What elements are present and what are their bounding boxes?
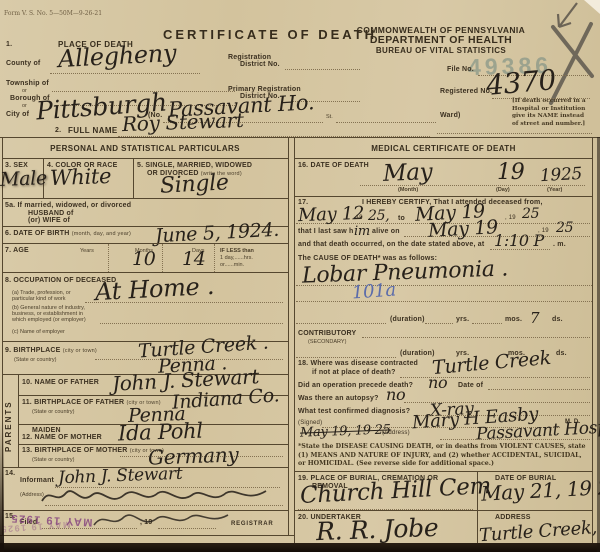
- township-label: Township of: [6, 80, 49, 88]
- violent-causes-footnote: *State the DISEASE CAUSING DEATH, or in …: [298, 443, 588, 469]
- parents-box-line: [18, 374, 19, 467]
- race-value: White: [50, 164, 112, 190]
- informant-no: 14.: [5, 470, 15, 478]
- sign-address-line: [440, 438, 590, 440]
- marital2-line3: (or) WIFE of: [28, 217, 70, 225]
- secondary-label: (SECONDARY): [308, 339, 346, 346]
- hospital-note: [If death occurred in a Hospital or Inst…: [512, 98, 592, 128]
- q18-line1: 18. Where was disease contracted: [298, 360, 418, 368]
- scan-edge-bottom: [0, 543, 600, 552]
- certify-from-year-value: 25,: [368, 208, 389, 224]
- birthplace-sub2: (State or country): [14, 357, 57, 364]
- mother-birthplace-sub2: (State or country): [32, 457, 75, 464]
- autopsy-value: no: [386, 385, 405, 404]
- father-label: 10. NAME OF FATHER: [22, 379, 99, 387]
- dod-month-label: (Month): [398, 187, 418, 194]
- q18-value: Turtle Creek: [431, 347, 551, 379]
- sign-date-value: May 19, 19 25: [300, 422, 391, 440]
- sign-address-label: (Address): [382, 430, 410, 437]
- alive-value: May 19: [427, 216, 498, 242]
- certify-to-label: to: [398, 215, 405, 223]
- scan-edge-left: [0, 420, 4, 552]
- page-corner: [584, 0, 600, 14]
- county-value: Allegheny: [57, 39, 177, 73]
- or-label-1: or: [22, 88, 27, 95]
- ds-label: ds.: [552, 316, 563, 324]
- operation-value: no: [428, 373, 447, 392]
- mother-label-2: 12. NAME OF MOTHER: [22, 434, 102, 442]
- occupation-b3: which employed (or employer): [12, 317, 86, 324]
- age-sep3: [214, 244, 216, 272]
- mother-birthplace-label: 13. BIRTHPLACE OF MOTHER (city or town): [22, 447, 164, 455]
- informant-address-signature: [40, 483, 270, 509]
- occupation-b-line: [100, 322, 283, 324]
- marital2-line1: 5a. If married, widowed, or divorced: [5, 202, 131, 210]
- dur-line0: [296, 322, 386, 324]
- yrs-label: yrs.: [456, 316, 469, 324]
- row8-top: [2, 272, 288, 273]
- full-name-label: FULL NAME: [68, 127, 118, 136]
- him-value: im: [354, 224, 370, 239]
- row20-top: [294, 510, 592, 511]
- medical-section-title: MEDICAL CERTIFICATE OF DEATH: [295, 145, 592, 154]
- ward-label: Ward): [440, 112, 461, 120]
- m-label: . m.: [553, 241, 566, 249]
- duration-ds-value: 7: [530, 309, 539, 327]
- ds2-label: ds.: [556, 350, 567, 358]
- dur2-line0: [296, 356, 396, 358]
- death-certificate-scan: Form V. S. No. 5—50M—9-26-21 CERTIFICATE…: [0, 0, 600, 552]
- dod-day-value: 19: [497, 160, 524, 185]
- age-sep1: [108, 244, 110, 272]
- city-label: City of: [6, 111, 29, 119]
- marital-value: Single: [159, 170, 229, 199]
- undertaker-value: R. R. Jobe: [316, 513, 439, 546]
- note-underline: [437, 132, 592, 134]
- street-line2: [336, 121, 436, 123]
- q18-line2: if not at place of death?: [312, 369, 396, 377]
- file-no-label: File No.: [447, 66, 474, 74]
- father-birthplace-sub2: (State or country): [32, 409, 75, 416]
- personal-section-title: PERSONAL AND STATISTICAL PARTICULARS: [2, 145, 288, 154]
- row17-top: [294, 196, 592, 197]
- dod-month-value: May: [383, 159, 433, 187]
- last-saw-label: that I last saw h: [298, 228, 354, 236]
- age-label: 7. AGE: [5, 247, 29, 255]
- autopsy-label: Was there an autopsy?: [298, 395, 379, 403]
- time-value: 1:10 P: [494, 231, 544, 250]
- cause-code-value: 101a: [351, 279, 396, 303]
- date-of-label: Date of: [458, 382, 483, 390]
- cause-line2: [296, 300, 592, 302]
- occupation-a2: particular kind of work: [12, 296, 66, 303]
- contributory-label: CONTRIBUTORY: [298, 330, 356, 338]
- duration2-label: (duration): [400, 350, 435, 358]
- age-ifless-1: IF LESS than: [220, 248, 254, 255]
- contributory-line: [362, 336, 590, 338]
- certify-to-year-value: 25: [522, 206, 539, 222]
- county-label: County of: [6, 60, 40, 68]
- dod-year-label: (Year): [547, 187, 562, 194]
- registrar-signature: [92, 509, 232, 533]
- certificate-title: CERTIFICATE OF DEATH: [160, 27, 380, 42]
- registrar-label: REGISTRAR: [231, 521, 274, 528]
- age-days-value: 14: [182, 248, 206, 270]
- birthplace-label: 9. BIRTHPLACE (city or town): [5, 347, 97, 355]
- grid-mid2: [294, 137, 295, 552]
- age-months-value: 10: [132, 248, 156, 270]
- street-label: St.: [326, 114, 333, 121]
- age-ifless-2: 1 day,......hrs.: [220, 255, 253, 262]
- alive-on-label: alive on: [372, 228, 400, 236]
- agency-block: COMMONWEALTH OF PENNSYLVANIA DEPARTMENT …: [356, 26, 526, 56]
- certify-from-year-printed: , 19: [352, 215, 363, 222]
- registration-line: [285, 68, 360, 70]
- test-label: What test confirmed diagnosis?: [298, 408, 410, 416]
- form-number: Form V. S. No. 5—50M—9-26-21: [4, 10, 102, 18]
- dur-line2: [472, 322, 502, 324]
- dur-line1: [425, 322, 453, 324]
- parents-label: PARENTS: [4, 392, 13, 452]
- left-col-bottom: [0, 535, 294, 536]
- grid-top: [0, 137, 600, 138]
- age-sep2: [162, 244, 164, 272]
- row19-top: [294, 471, 592, 472]
- alive-year-value: 25: [556, 220, 573, 236]
- l-hdr-line: [2, 158, 288, 159]
- full-name-value: Roy Stewart: [122, 108, 244, 136]
- dob-label: 6. DATE OF BIRTH (month, day, and year): [5, 230, 131, 238]
- registration-district-label2: District No.: [240, 61, 280, 69]
- row7-top: [2, 243, 288, 244]
- registered-no-label: Registered No.: [440, 88, 492, 96]
- dod-day-label: (Day): [496, 187, 510, 194]
- cell-line2: [133, 158, 134, 198]
- place-no: 1.: [6, 41, 12, 49]
- death-time-label: and that death occurred, on the date sta…: [298, 241, 484, 249]
- dod-year-value: 1925: [540, 164, 583, 186]
- sex-value: Male: [0, 167, 47, 191]
- row5a-top: [2, 198, 288, 199]
- age-ifless-3: or......min.: [220, 262, 244, 269]
- cause-line1: [296, 284, 592, 286]
- grid-mid1: [288, 137, 289, 535]
- mos-label: mos.: [505, 316, 522, 324]
- r-hdr-line: [294, 158, 592, 159]
- occupation-c: (c) Name of employer: [12, 329, 65, 336]
- duration-label: (duration): [390, 316, 425, 324]
- age-years-label: Years: [80, 248, 94, 255]
- marital-label-1: 5. SINGLE, MARRIED, WIDOWED: [137, 162, 252, 170]
- date-of-death-label: 16. DATE OF DEATH: [298, 162, 369, 170]
- mother-value: Ida Pohl: [118, 419, 203, 446]
- registered-no-value: 4370: [485, 63, 558, 102]
- operation-line: [488, 388, 590, 390]
- certify-to-year-printed: , 19: [505, 215, 516, 222]
- full-name-no: 2.: [55, 127, 61, 135]
- undertaker-address-label: ADDRESS: [495, 514, 531, 522]
- or-label-2: or: [22, 103, 27, 110]
